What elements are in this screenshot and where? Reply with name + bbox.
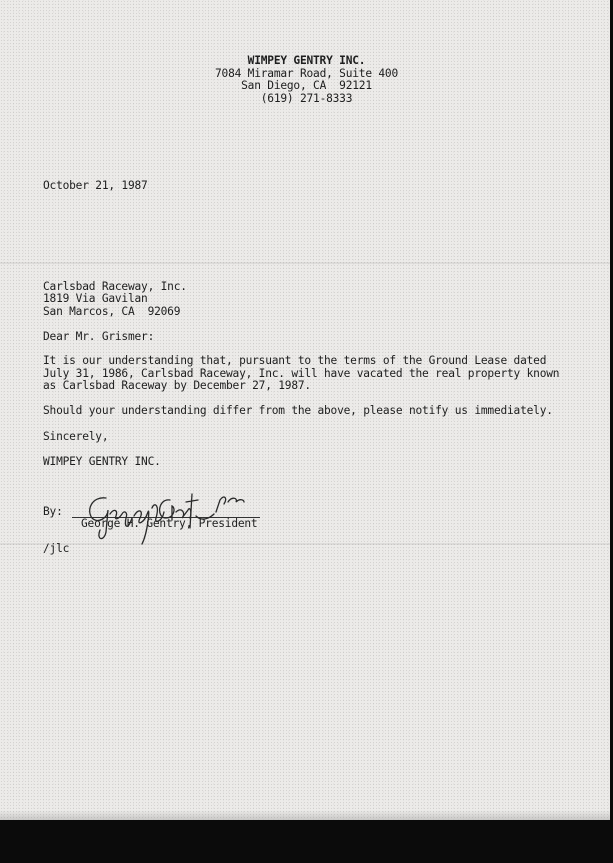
letterhead-phone: (619) 271-8333 — [0, 93, 613, 106]
by-label: By: — [43, 506, 63, 519]
recipient-city: San Marcos, CA 92069 — [43, 306, 180, 319]
salutation: Dear Mr. Grismer: — [43, 331, 154, 344]
signer-company: WIMPEY GENTRY INC. — [43, 456, 161, 469]
body-paragraph: Should your understanding differ from th… — [43, 405, 553, 418]
handwritten-signature — [78, 488, 248, 548]
closing: Sincerely, — [43, 431, 108, 444]
letterhead-company: WIMPEY GENTRY INC. — [0, 55, 613, 68]
body-line: It is our understanding that, pursuant t… — [43, 355, 546, 368]
letter-page: WIMPEY GENTRY INC. 7084 Miramar Road, Su… — [0, 0, 610, 820]
letterhead-address-line2: San Diego, CA 92121 — [0, 80, 613, 93]
reference-initials: /jlc — [43, 543, 69, 556]
letter-date: October 21, 1987 — [43, 180, 148, 193]
body-line: as Carlsbad Raceway by December 27, 1987… — [43, 380, 311, 393]
page-fold — [0, 262, 610, 264]
recipient-street: 1819 Via Gavilan — [43, 293, 148, 306]
page-edge-shadow — [0, 810, 610, 820]
